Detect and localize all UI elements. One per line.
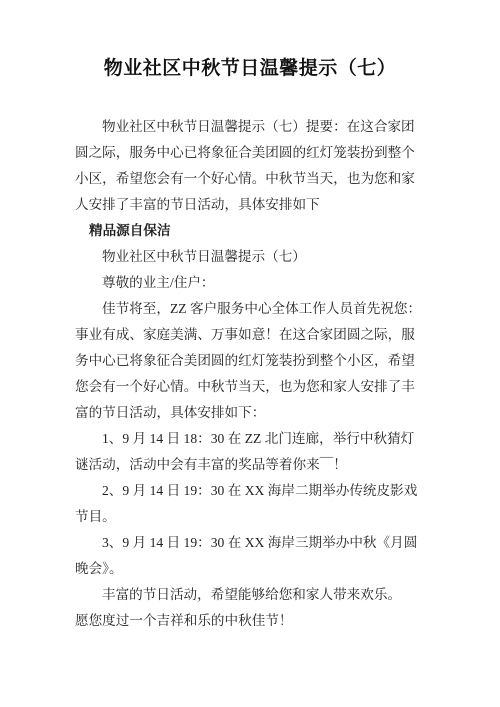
- document-line: 事业有成、家庭美满、万事如意！在这合家团圆之际，服: [75, 322, 450, 348]
- document-line: 富的节日活动，具体安排如下：: [75, 400, 450, 426]
- document-line: 物业社区中秋节日温馨提示（七）提要：在这合家团: [75, 114, 450, 140]
- document-line: 小区，希望您会有一个好心情。中秋节当天，也为您和家: [75, 166, 450, 192]
- document-line: 尊敬的业主/住户：: [75, 270, 450, 296]
- document-title: 物业社区中秋节日温馨提示（七）: [0, 0, 500, 84]
- document-line: 谜活动，活动中会有丰富的奖品等着你来￣！: [75, 452, 450, 478]
- document-line: 物业社区中秋节日温馨提示（七）: [75, 244, 450, 270]
- document-line: 1、9 月 14 日 18：30 在 ZZ 北门连廊，举行中秋猜灯: [75, 426, 450, 452]
- document-line: 丰富的节日活动，希望能够给您和家人带来欢乐。: [75, 582, 450, 608]
- document-line: 精品源自保洁: [75, 218, 450, 244]
- document-line: 务中心已将象征合美团圆的红灯笼装扮到整个小区，希望: [75, 348, 450, 374]
- document-page: 物业社区中秋节日温馨提示（七） 物业社区中秋节日温馨提示（七）提要：在这合家团圆…: [0, 0, 500, 707]
- document-line: 圆之际，服务中心已将象征合美团圆的红灯笼装扮到整个: [75, 140, 450, 166]
- document-line: 2、9 月 14 日 19：30 在 XX 海岸二期举办传统皮影戏: [75, 478, 450, 504]
- document-line: 节目。: [75, 504, 450, 530]
- document-line: 晚会》。: [75, 556, 450, 582]
- document-line: 愿您度过一个吉祥和乐的中秋佳节！: [75, 608, 450, 634]
- document-body: 物业社区中秋节日温馨提示（七）提要：在这合家团圆之际，服务中心已将象征合美团圆的…: [0, 114, 500, 634]
- document-line: 3、9 月 14 日 19：30 在 XX 海岸三期举办中秋《月圆: [75, 530, 450, 556]
- document-line: 佳节将至，ZZ 客户服务中心全体工作人员首先祝您：: [75, 296, 450, 322]
- document-line: 您会有一个好心情。中秋节当天，也为您和家人安排了丰: [75, 374, 450, 400]
- document-line: 人安排了丰富的节日活动，具体安排如下: [75, 192, 450, 218]
